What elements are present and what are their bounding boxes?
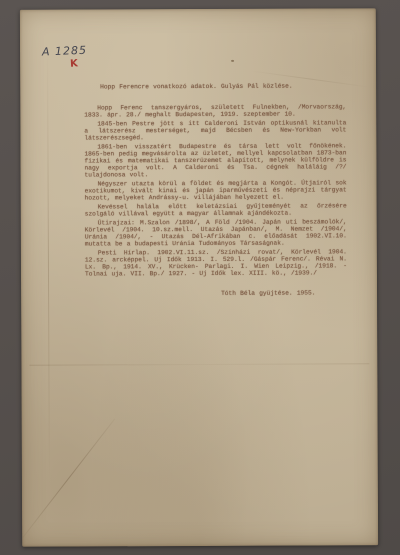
paragraph: 1861-ben visszatért Budapestre és társa … xyxy=(84,142,346,178)
paragraph: Kevéssel halála előtt keletázsiai gyűjte… xyxy=(85,202,347,217)
photo-backdrop: { "page": { "background_color": "#56504d… xyxy=(0,0,400,555)
paragraph: Hopp Ferenc tanszergyáros, született Ful… xyxy=(84,103,346,118)
corner-crease xyxy=(23,418,116,537)
paragraph: 1845-ben Pestre jött s itt Calderoni Ist… xyxy=(84,119,346,141)
paragraph: Négyszer utazta körül a földet és megjár… xyxy=(85,179,347,201)
paragraph: Útirajzai: M.Szalon /1898/, A Föld /1904… xyxy=(85,218,347,247)
document-title: Hopp Ferencre vonatkozó adatok. Gulyás P… xyxy=(100,82,346,90)
typewritten-text-block: Hopp Ferencre vonatkozó adatok. Gulyás P… xyxy=(84,82,347,297)
horizontal-fold-crease xyxy=(29,363,369,365)
ink-speck xyxy=(231,60,234,62)
collector-signature: Tóth Béla gyüjtése. 1955. xyxy=(221,289,347,297)
red-letter-mark: K xyxy=(70,58,78,69)
paragraph-list: Hopp Ferenc tanszergyáros, született Ful… xyxy=(84,103,347,277)
scanned-paper: A 1285 K Hopp Ferencre vonatkozó adatok.… xyxy=(20,8,378,547)
vertical-crease xyxy=(47,50,50,480)
paragraph: Pesti Hírlap. 1902.VI.11.sz. /Színházi r… xyxy=(85,248,347,277)
catalog-number-handwritten: A 1285 xyxy=(42,45,87,58)
